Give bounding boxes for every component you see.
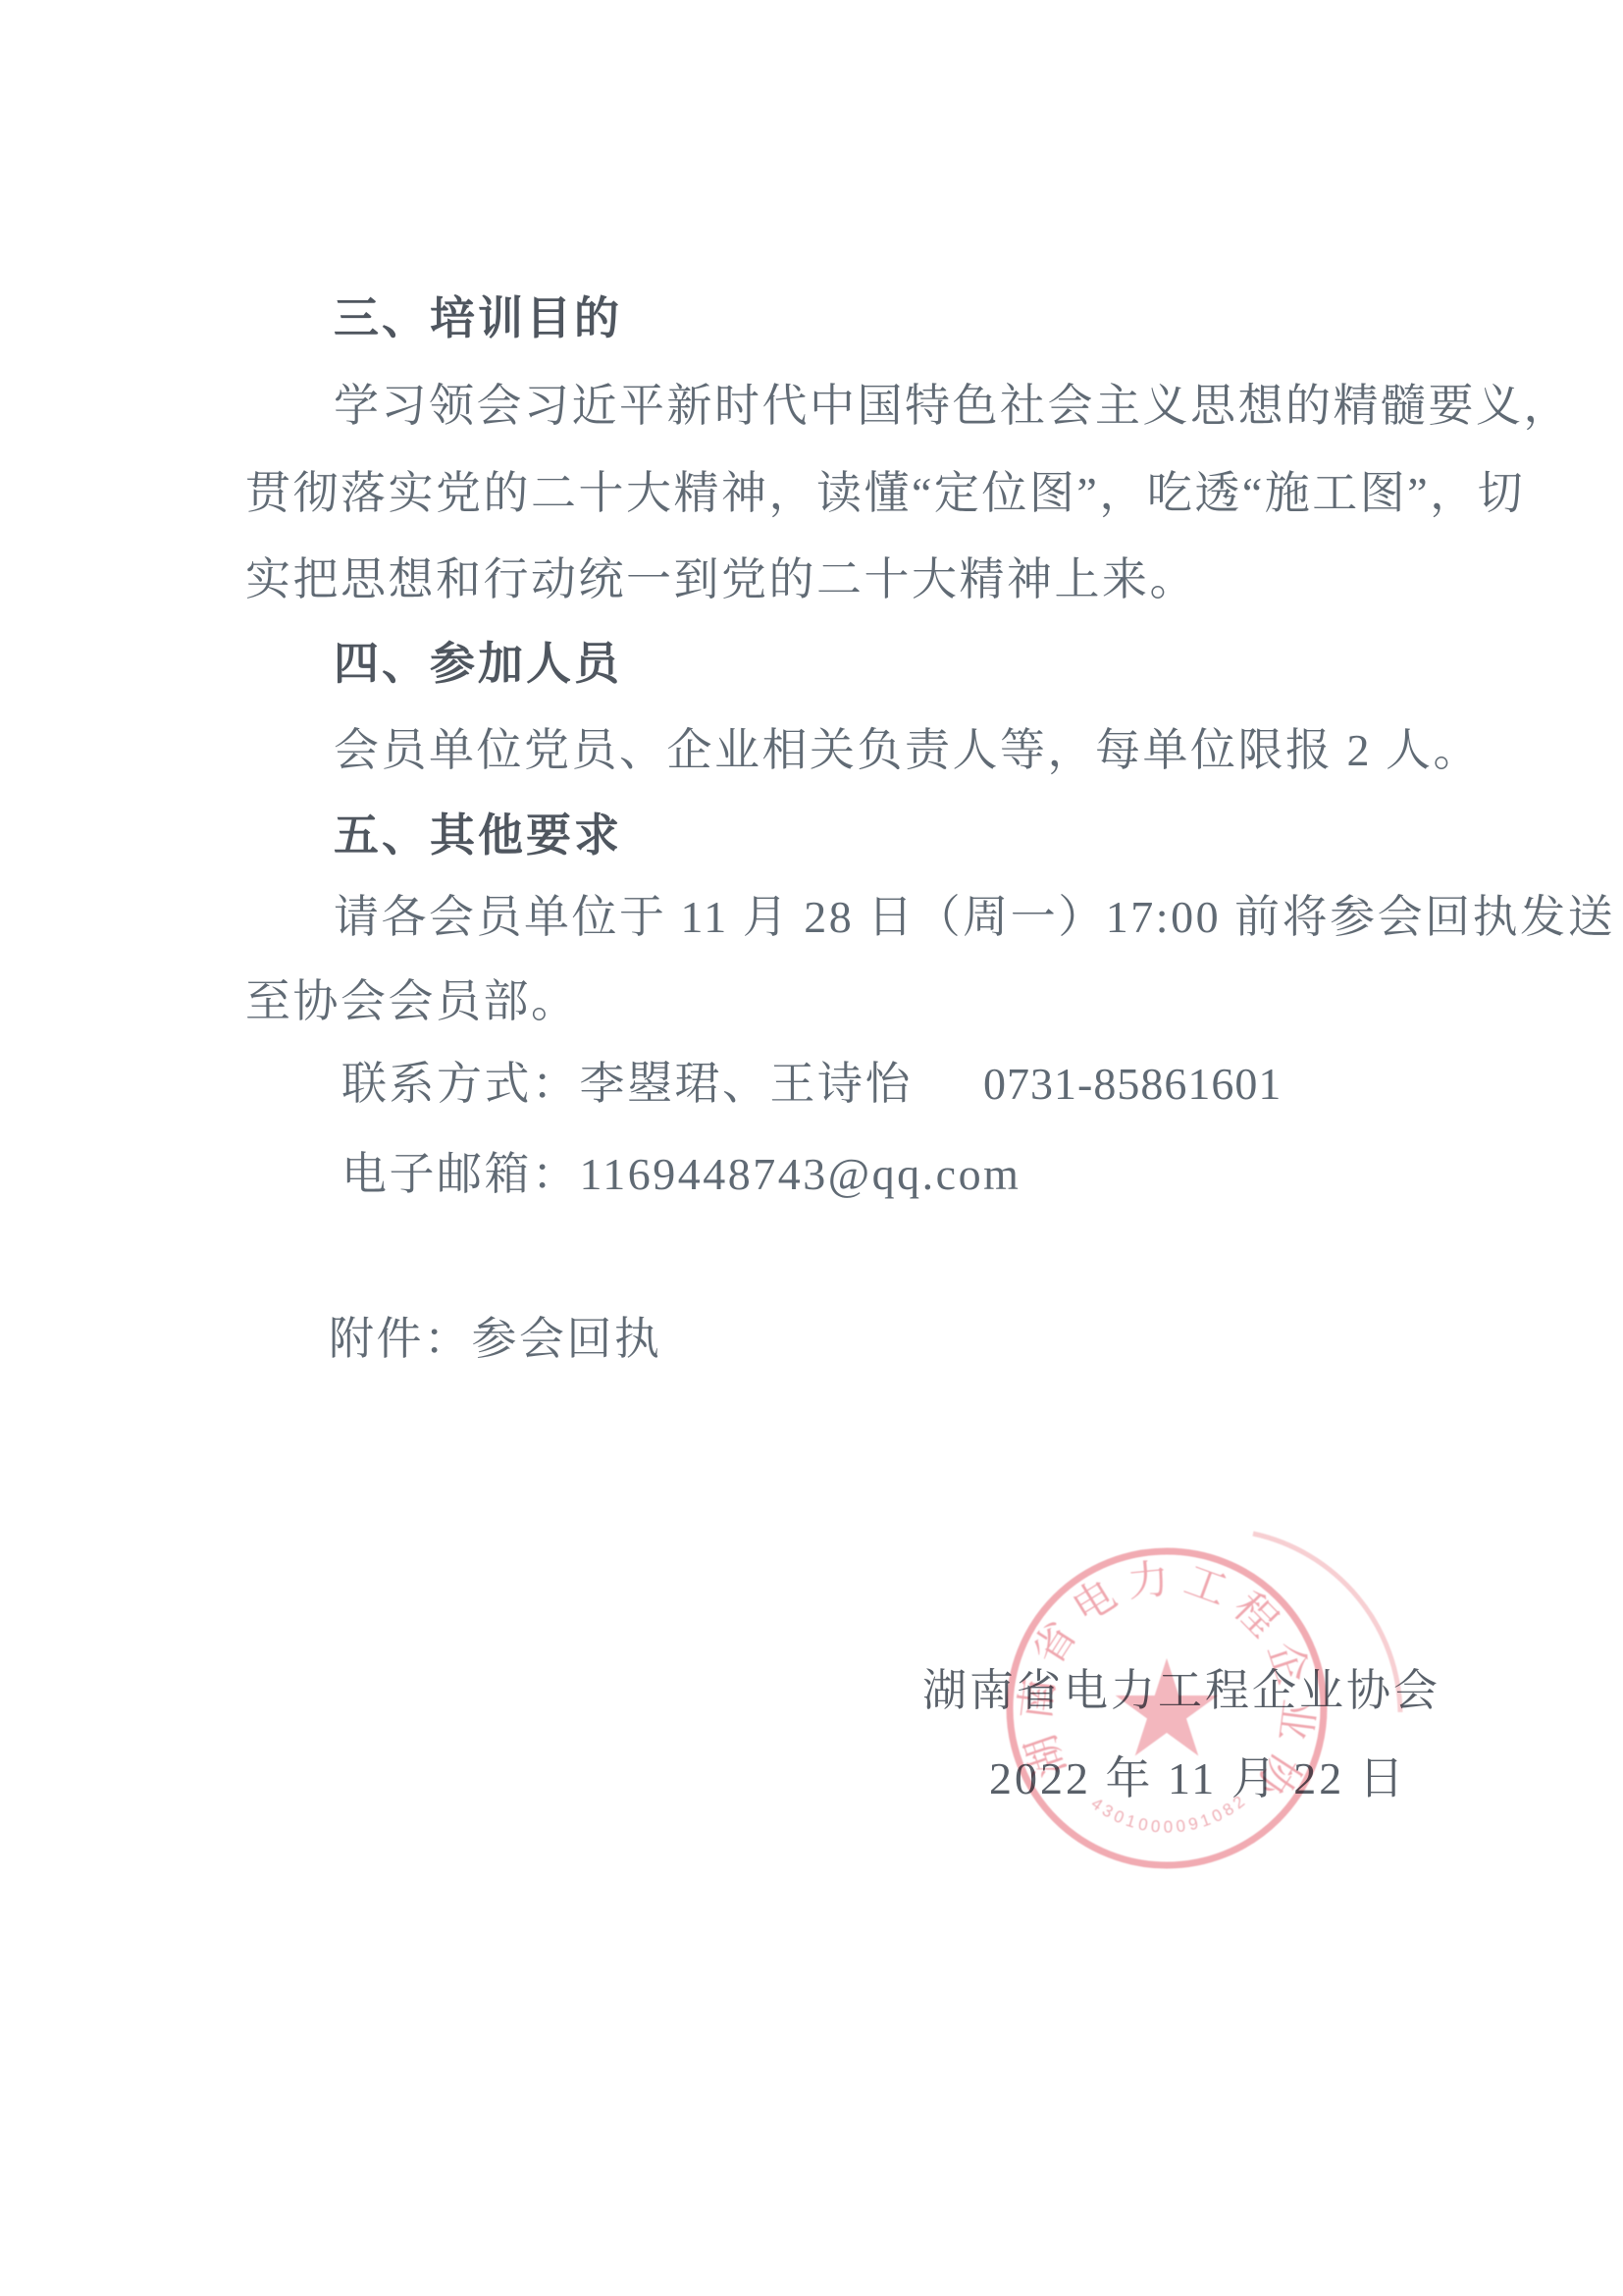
section-5-line-2: 至协会会员部。 — [245, 965, 579, 1030]
section-3-line-3: 实把思想和行动统一到党的二十大精神上来。 — [245, 544, 1197, 608]
section-3-line-2: 贯彻落实党的二十大精神，读懂“定位图”，吃透“施工图”，切 — [245, 457, 1525, 522]
section-5-line-1: 请各会员单位于 11 月 28 日（周一）17:00 前将参会回执发送 — [334, 881, 1615, 946]
section-3-line-1: 学习领会习近平新时代中国特色社会主义思想的精髓要义， — [334, 370, 1571, 435]
contact-line: 联系方式：李曌珺、王诗怡0731-85861601 — [341, 1048, 1282, 1113]
contact-phone: 0731-85861601 — [983, 1058, 1282, 1110]
seal-serial-holder: 4301000091082 — [1088, 1790, 1252, 1836]
section-3-heading: 三、培训目的 — [334, 283, 622, 347]
seal-serial: 4301000091082 — [1088, 1790, 1252, 1836]
section-4-heading: 四、参加人员 — [334, 628, 622, 693]
contact-names: 联系方式：李曌珺、王诗怡 — [341, 1059, 913, 1109]
attachment-line: 附件：参会回执 — [329, 1303, 662, 1368]
scanned-notice-page: 三、培训目的 学习领会习近平新时代中国特色社会主义思想的精髓要义， 贯彻落实党的… — [0, 0, 1623, 2296]
contact-email-line: 电子邮箱：1169448743@qq.com — [341, 1138, 1021, 1203]
official-seal: 湖南省电力工程企业协会 4301000091082 — [967, 1516, 1428, 1918]
seal-star-icon — [1116, 1658, 1219, 1756]
section-4-line-1: 会员单位党员、企业相关负责人等，每单位限报 2 人。 — [334, 714, 1481, 779]
section-5-heading: 五、其他要求 — [334, 800, 622, 864]
